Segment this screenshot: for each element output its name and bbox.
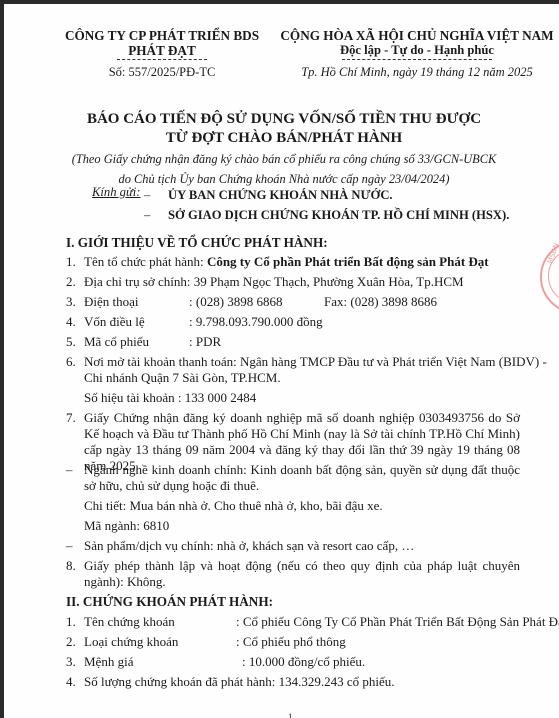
account-number: Số hiệu tài khoản : 133 000 2484 bbox=[84, 390, 256, 406]
recipient-item: –ỦY BAN CHỨNG KHOÁN NHÀ NƯỚC. bbox=[144, 185, 509, 205]
company-header: CÔNG TY CP PHÁT TRIỂN BDS PHÁT ĐẠT Số: 5… bbox=[62, 28, 262, 80]
section-1-heading: I. GIỚI THIỆU VỀ TỔ CHỨC PHÁT HÀNH: bbox=[66, 235, 328, 251]
bank-account-row: 6.Nơi mở tài khoản thanh toán: Ngân hàng… bbox=[66, 354, 547, 370]
report-title-line2: TỪ ĐỢT CHÀO BÁN/PHÁT HÀNH bbox=[44, 129, 524, 148]
report-title-line1: BÁO CÁO TIẾN ĐỘ SỬ DỤNG VỐN/SỐ TIỀN THU … bbox=[44, 110, 524, 129]
industry-code: Mã ngành: 6810 bbox=[84, 518, 169, 534]
section-2-heading: II. CHỨNG KHOÁN PHÁT HÀNH: bbox=[66, 594, 273, 610]
document-number: Số: 557/2025/PĐ-TC bbox=[62, 65, 262, 80]
par-value-row: 3.Mệnh giá: 10.000 đồng/cổ phiếu. bbox=[66, 654, 365, 670]
divider bbox=[342, 59, 492, 60]
place-date: Tp. Hồ Chí Minh, ngày 19 tháng 12 năm 20… bbox=[272, 65, 559, 80]
shares-issued-row: 4.Số lượng chứng khoán đã phát hành: 134… bbox=[66, 674, 395, 690]
issuer-name-row: 1.Tên tổ chức phát hành: Công ty Cổ phần… bbox=[66, 254, 489, 270]
company-name-line1: CÔNG TY CP PHÁT TRIỂN BDS bbox=[62, 28, 262, 43]
national-header: CỘNG HÒA XÃ HỘI CHỦ NGHĨA VIỆT NAM Độc l… bbox=[272, 28, 559, 80]
recipients-list: –ỦY BAN CHỨNG KHOÁN NHÀ NƯỚC. –SỞ GIAO D… bbox=[144, 185, 509, 225]
report-title-block: BÁO CÁO TIẾN ĐỘ SỬ DỤNG VỐN/SỐ TIỀN THU … bbox=[44, 110, 524, 188]
company-name-line2: PHÁT ĐẠT bbox=[62, 43, 262, 58]
report-subtitle-line1: (Theo Giấy chứng nhận đăng ký chào bán c… bbox=[44, 150, 524, 168]
security-type-row: 2.Loại chứng khoán: Cổ phiếu phổ thông bbox=[66, 634, 346, 650]
business-detail: Chi tiết: Mua bán nhà ở. Cho thuê nhà ở,… bbox=[84, 498, 383, 514]
main-business-lines: Ngành nghề kinh doanh chính: Kinh doanh … bbox=[84, 462, 520, 494]
security-name-row: 1.Tên chứng khoán: Cổ phiếu Công Ty Cổ P… bbox=[66, 614, 559, 630]
business-dash: – bbox=[66, 462, 73, 478]
phone-row: 3.Điện thoại: (028) 3898 6868Fax: (028) … bbox=[66, 294, 437, 310]
license-info: Giấy phép thành lập và hoạt động (nếu có… bbox=[84, 558, 520, 590]
item-8-number: 8. bbox=[66, 558, 76, 574]
recipient-item: –SỞ GIAO DỊCH CHỨNG KHOÁN TP. HỒ CHÍ MIN… bbox=[144, 205, 509, 225]
item-7-number: 7. bbox=[66, 410, 76, 426]
charter-capital-row: 4.Vốn điều lệ: 9.798.093.790.000 đồng bbox=[66, 314, 323, 330]
divider bbox=[117, 59, 207, 60]
motto: Độc lập - Tự do - Hạnh phúc bbox=[272, 43, 559, 58]
bank-branch: Chi nhánh Quận 7 Sài Gòn, TP.HCM. bbox=[84, 370, 281, 386]
products-dash: – bbox=[66, 538, 73, 554]
nation-name: CỘNG HÒA XÃ HỘI CHỦ NGHĨA VIỆT NAM bbox=[272, 28, 559, 43]
stock-code-row: 5.Mã cổ phiếu: PDR bbox=[66, 334, 221, 350]
page-number: 1 bbox=[288, 712, 293, 718]
recipients-label: Kính gửi: bbox=[92, 185, 141, 200]
company-seal-stamp: MSDN bbox=[540, 240, 559, 314]
main-products: Sản phẩm/dịch vụ chính: nhà ở, khách sạn… bbox=[84, 538, 414, 554]
address-row: 2.Địa chỉ trụ sở chính: 39 Phạm Ngọc Thạ… bbox=[66, 274, 464, 290]
document-page: CÔNG TY CP PHÁT TRIỂN BDS PHÁT ĐẠT Số: 5… bbox=[4, 4, 559, 718]
